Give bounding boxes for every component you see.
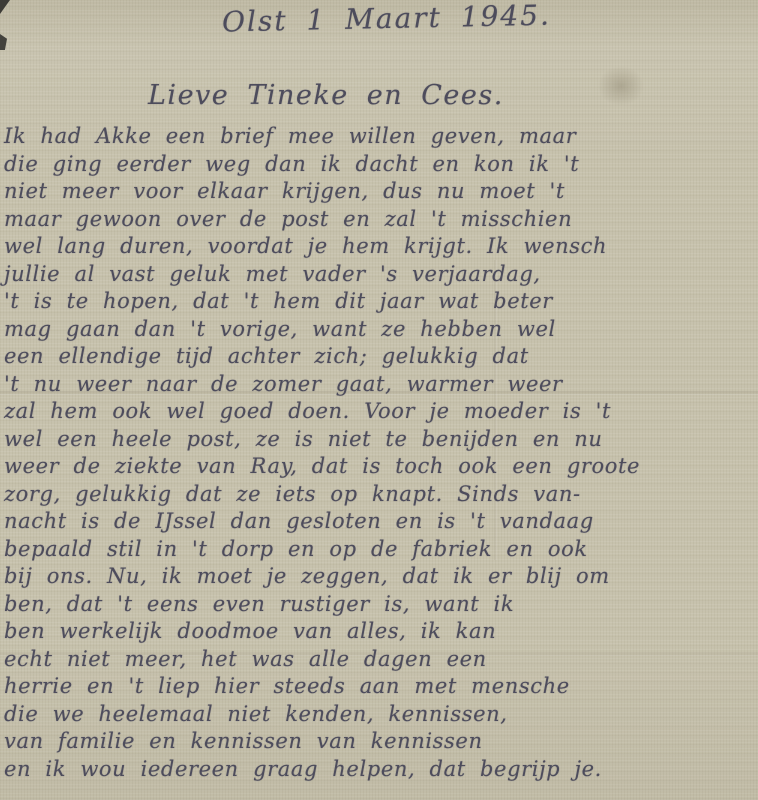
letter-line: van familie en kennissen van kennissen (4, 728, 756, 756)
letter-line: bij ons. Nu, ik moet je zeggen, dat ik e… (4, 563, 756, 591)
letter-salutation: Lieve Tineke en Cees. (148, 80, 504, 111)
scan-corner-mark (0, 0, 10, 14)
letter-line: niet meer voor elkaar krijgen, dus nu mo… (4, 178, 756, 206)
letter-line: wel een heele post, ze is niet te benijd… (4, 426, 756, 454)
letter-date: Olst 1 Maart 1945. (222, 0, 552, 38)
letter-line: nacht is de IJssel dan gesloten en is 't… (4, 508, 756, 536)
letter-line: maar gewoon over de post en zal 't missc… (4, 206, 756, 234)
letter-line: en ik wou iedereen graag helpen, dat beg… (4, 756, 756, 784)
letter-line: zorg, gelukkig dat ze iets op knapt. Sin… (4, 481, 756, 509)
letter-line: bepaald stil in 't dorp en op de fabriek… (4, 536, 756, 564)
letter-line: 't is te hopen, dat 't hem dit jaar wat … (4, 288, 756, 316)
letter-line: die we heelemaal niet kenden, kennissen, (4, 701, 756, 729)
letter-page: Olst 1 Maart 1945. Lieve Tineke en Cees.… (0, 0, 758, 800)
letter-line: zal hem ook wel goed doen. Voor je moede… (4, 398, 756, 426)
letter-line: herrie en 't liep hier steeds aan met me… (4, 673, 756, 701)
letter-line: mag gaan dan 't vorige, want ze hebben w… (4, 316, 756, 344)
letter-body: Ik had Akke een brief mee willen geven, … (4, 123, 756, 783)
letter-line: een ellendige tijd achter zich; gelukkig… (4, 343, 756, 371)
letter-line: jullie al vast geluk met vader 's verjaa… (4, 261, 756, 289)
letter-line: ben werkelijk doodmoe van alles, ik kan (4, 618, 756, 646)
letter-line: wel lang duren, voordat je hem krijgt. I… (4, 233, 756, 261)
letter-line: Ik had Akke een brief mee willen geven, … (4, 123, 756, 151)
scan-edge-mark (0, 34, 7, 50)
paper-smudge (598, 66, 644, 106)
letter-line: die ging eerder weg dan ik dacht en kon … (4, 151, 756, 179)
letter-line: 't nu weer naar de zomer gaat, warmer we… (4, 371, 756, 399)
letter-line: ben, dat 't eens even rustiger is, want … (4, 591, 756, 619)
letter-line: weer de ziekte van Ray, dat is toch ook … (4, 453, 756, 481)
letter-line: echt niet meer, het was alle dagen een (4, 646, 756, 674)
